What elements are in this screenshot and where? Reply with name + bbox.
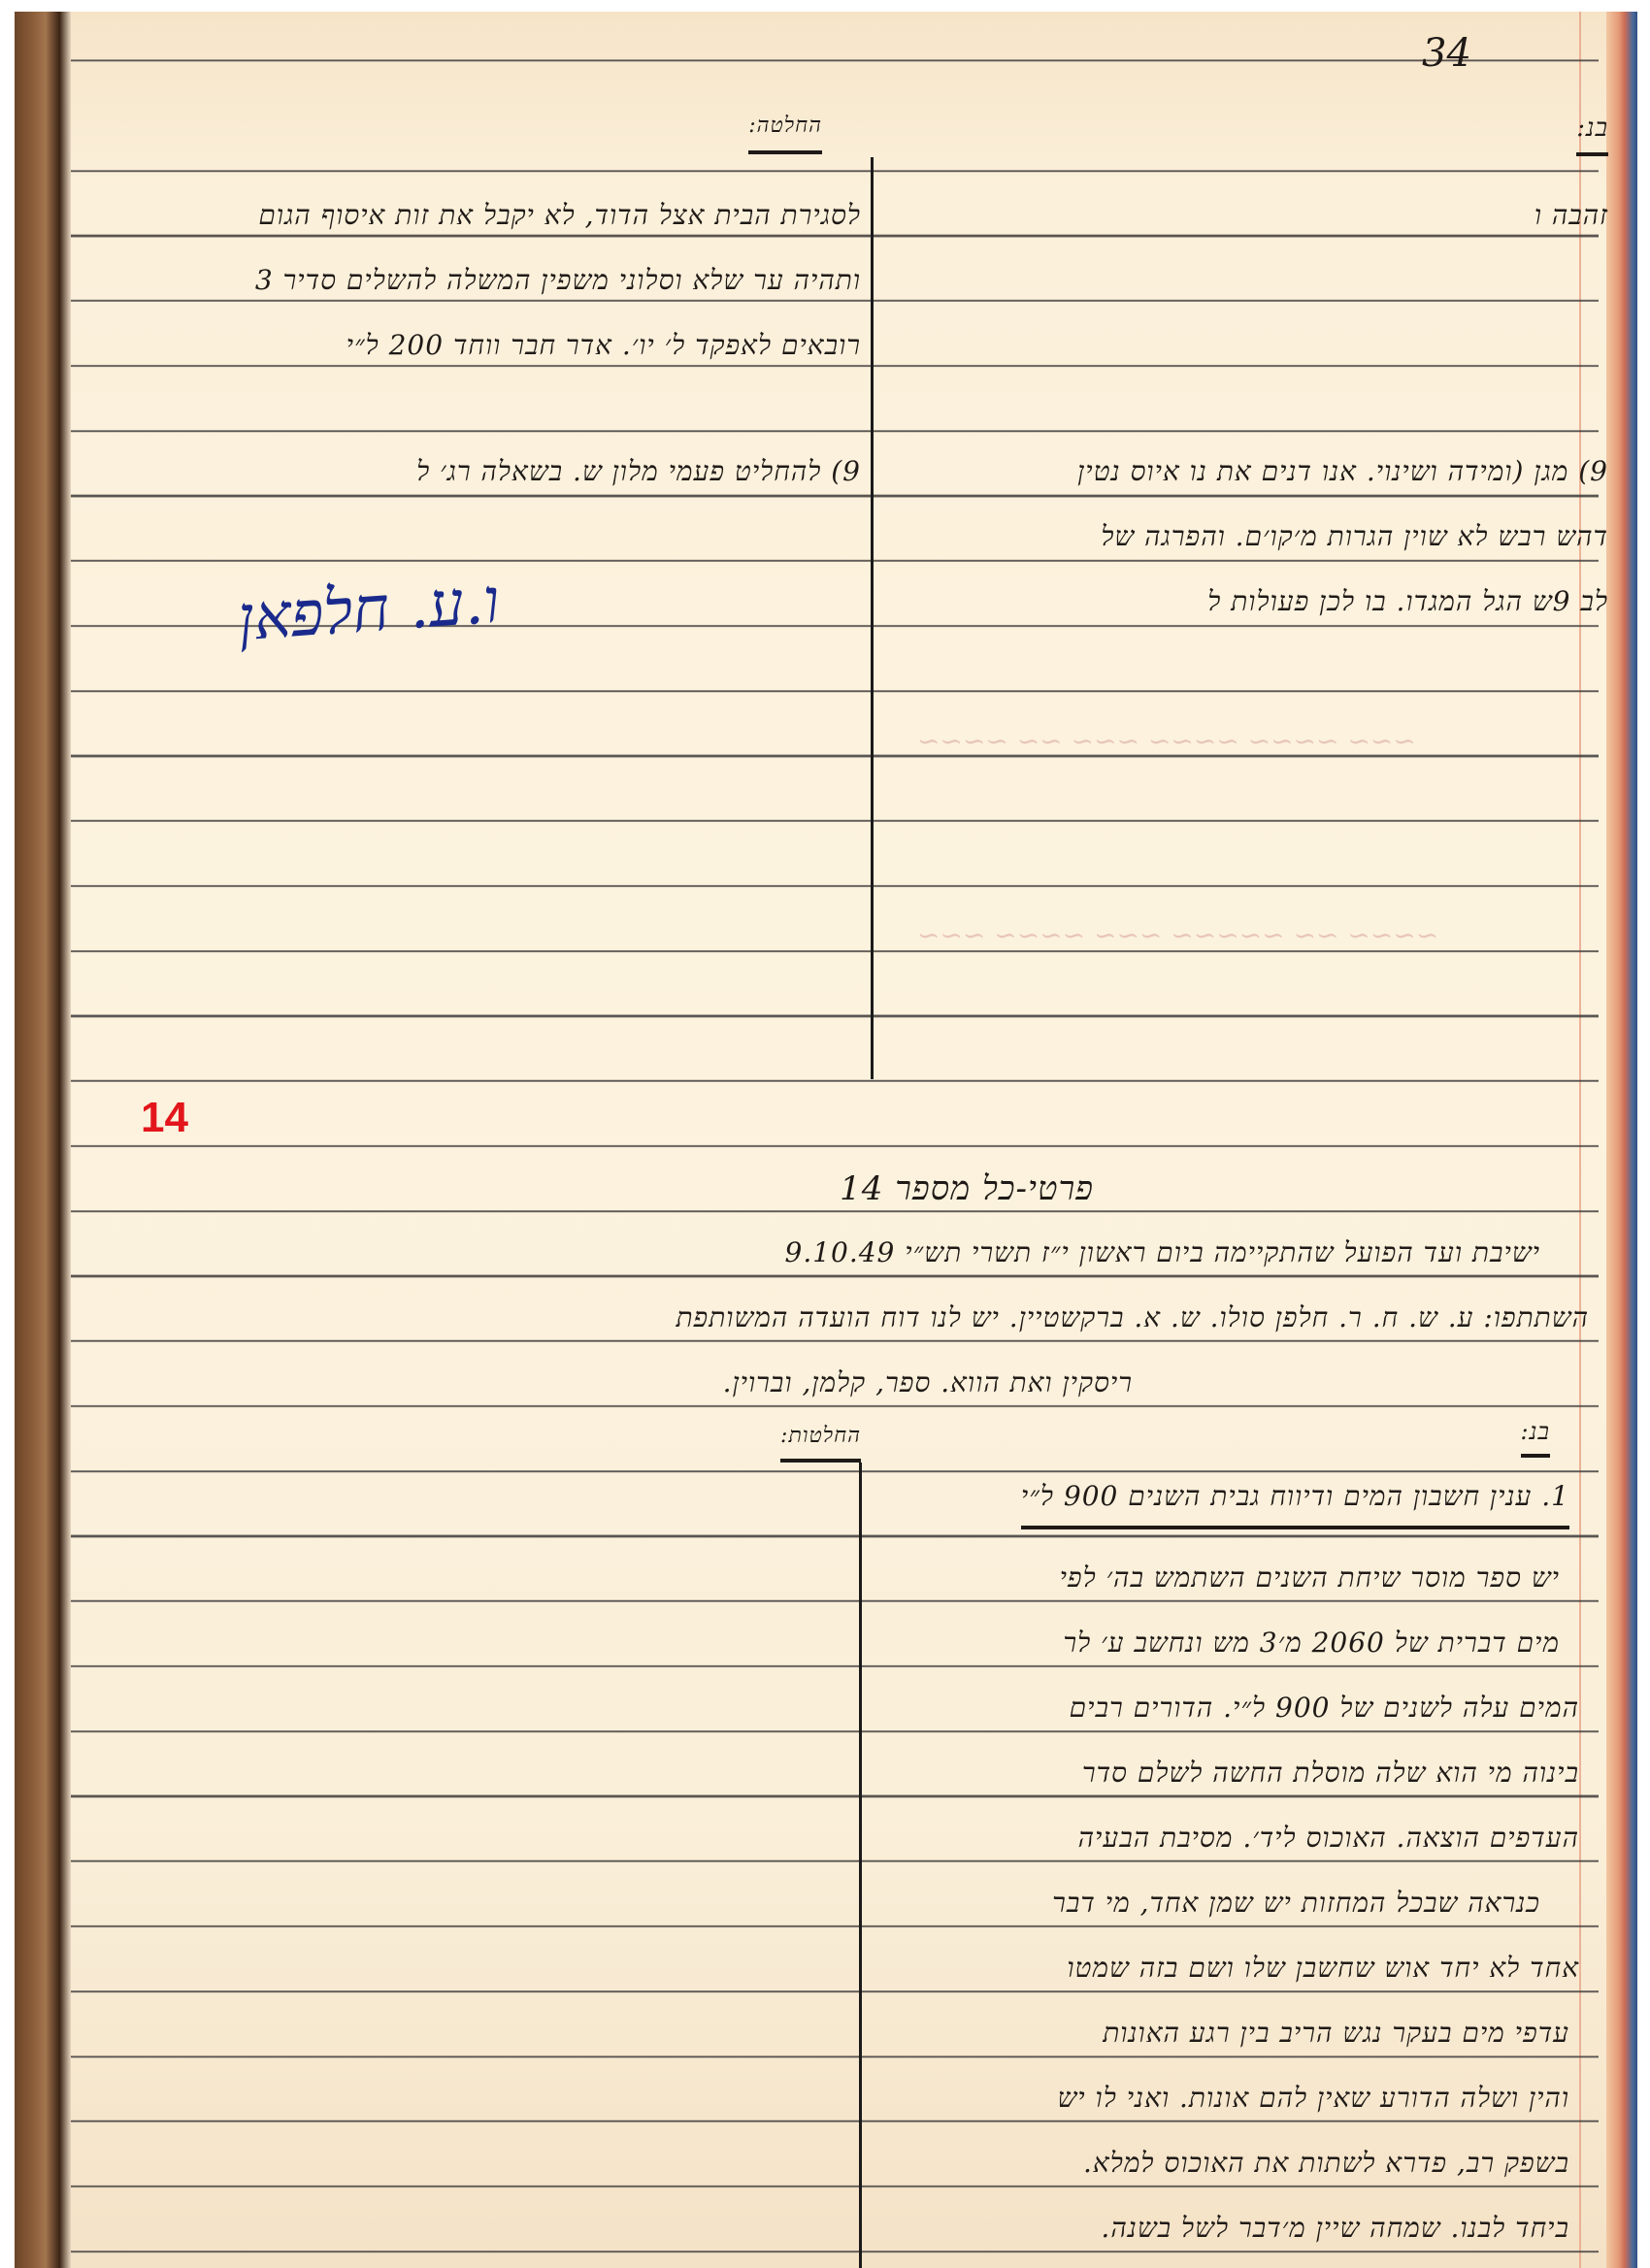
bleed-through-text: ~~~ ~~~~ ~~~~ ~~~ ~~ ~~~~: [917, 725, 1416, 757]
agenda-item-1-title: 1. ענין חשבון המים ודיווח גבית השנים 900…: [1021, 1467, 1569, 1529]
protocol-intro-line: ישיבת ועד הפועל שהתקיימה ביום ראשון י״ז …: [785, 1220, 1541, 1285]
protocol-title: פרטי-כל מספר 14: [840, 1157, 1094, 1222]
body-line: כנראה שבכל המחזות יש שמן אחד, מי דבר: [1052, 1870, 1540, 1935]
column-divider: [859, 1463, 862, 2268]
body-line: בשפק רב, פדרא לשתות את האוכוס למלא.: [1083, 2130, 1569, 2195]
body-line: יש ספר מוסר שיחת השנים השתמש בה׳ לפי: [1060, 1545, 1560, 1610]
right-column-line: זהבה ו: [1534, 182, 1608, 247]
right-column-line: 9) מגן (ומידה ושינוי. אנו דנים את נו איו…: [1077, 439, 1608, 504]
body-line: בינוה מי הוא שלה מוסלת החשה לשלם סדר: [1082, 1740, 1579, 1805]
lower-right-header: בנ:: [1521, 1409, 1550, 1458]
body-line: המים עלה לשנים של 900 ל״י. הדורים רבים: [1070, 1675, 1579, 1740]
page-edge: [1606, 12, 1637, 2268]
left-column-line: לסגירת הבית אצל הדוד, לא יקבל את זות איס…: [258, 182, 861, 247]
right-column-line: דהש רבש לא שוין הגרות מ׳קו׳ם. והפרגה של: [1101, 504, 1608, 569]
lower-left-header: החלטות:: [780, 1414, 861, 1463]
right-column-header: בנ:: [1576, 104, 1608, 156]
notebook-binding: [15, 12, 71, 2268]
body-line: אחד לא יחד אוש שחשבן שלו ושם בזה שמטו: [1067, 1935, 1579, 2000]
meeting-number-marker: 14: [141, 1094, 188, 1142]
bleed-through-text: ~~~~ ~~ ~~~~~ ~~~ ~~~~ ~~~: [917, 919, 1438, 951]
protocol-intro-line: ריסקין ואת הווא. ספר, קלמן, וברוין.: [723, 1350, 1133, 1415]
body-line: מים דברית של 2060 מ׳3 מש ונחשב ע׳ לר: [1063, 1610, 1560, 1675]
left-column-header: החלטה:: [748, 102, 822, 154]
body-line: ביחד לבנו. שמחה שיין מ׳דבר לשל בשנה.: [1101, 2195, 1569, 2260]
right-column-line: לב 9ש הגל המגדו. בו לכן פעולות ל: [1207, 569, 1608, 634]
body-line: העדפים הוצאה. האוכוס ליד׳. מסיבת הבעיה: [1078, 1805, 1579, 1870]
column-divider: [871, 157, 874, 1079]
notebook-page: ~~~ ~~~~ ~~~~ ~~~ ~~ ~~~~ ~~~~ ~~ ~~~~~ …: [15, 12, 1637, 2268]
protocol-intro-line: השתתפו: ע. ש. ח. ר. חלפן סולו. ש. א. ברק…: [676, 1285, 1589, 1350]
left-column-item-9: 9) להחליט פעמי מלון ש. בשאלה רג׳ ל: [416, 439, 861, 504]
body-line: והין ושלה הדורע שאין להם אונות. ואני לו …: [1057, 2065, 1569, 2130]
body-line: עדפי מים בעקר נגש הריב בין רגע האונות: [1103, 2000, 1569, 2065]
left-column-line: רובאים לאפקד ל׳ יו׳. אדר חבר ווחד 200 ל״…: [346, 312, 861, 378]
left-column-line: ותהיה ער שלא וסלוני משפין המשלה להשלים ס…: [255, 247, 861, 312]
page-number: 34: [1422, 31, 1471, 76]
